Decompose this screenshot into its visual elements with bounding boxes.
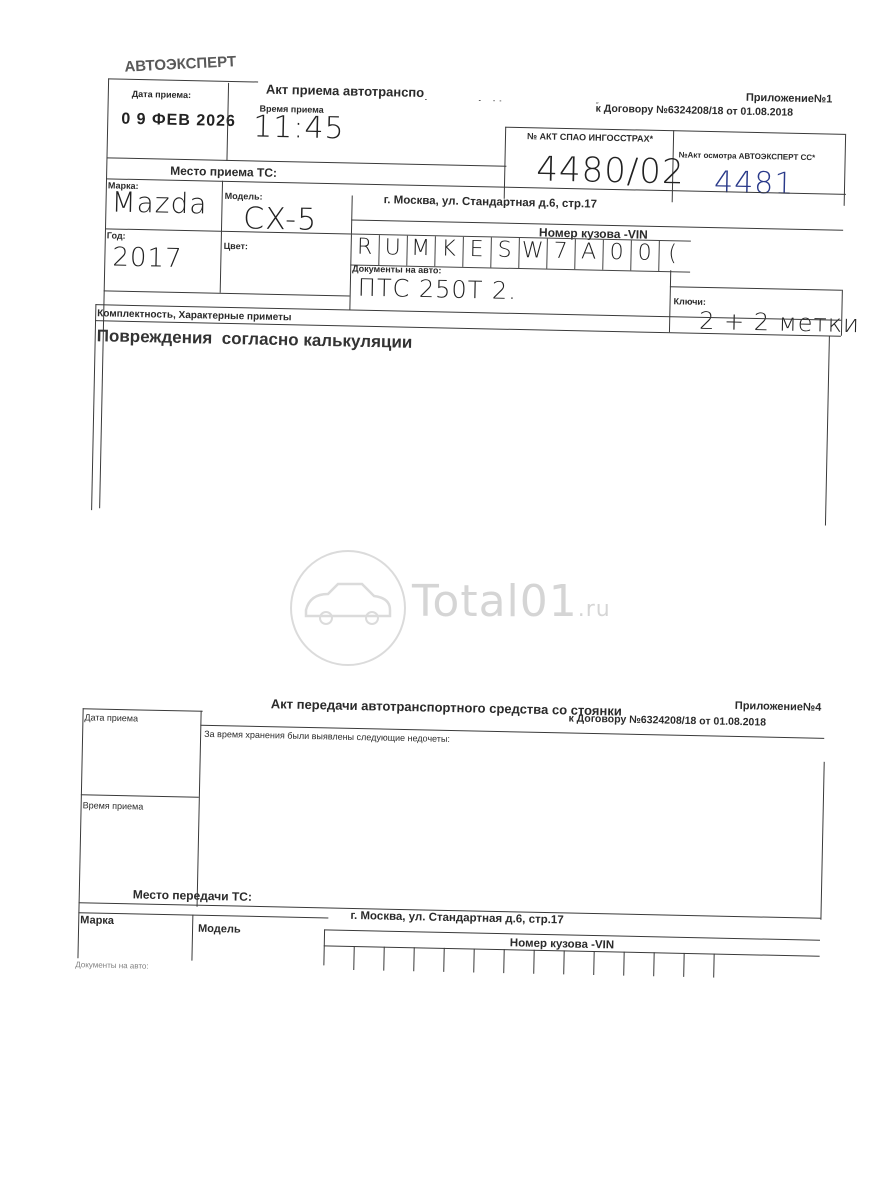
vin-char: ( [658,241,687,272]
watermark-brand: Total01.ru [412,576,611,627]
form1-appendix: Приложение№1 [746,92,833,106]
keys-label: Ключи: [673,296,706,307]
reception-act-form: АВТОЭКСПЕРТ Акт приема автотранспортного… [0,0,875,548]
handover-act-form: Акт передачи автотранспортного средства … [0,671,875,1009]
form2-vin-grid [323,945,819,979]
form2-date-label: Дата приема [84,712,138,723]
act-expert-value: 4481 [714,165,795,202]
vin-char: 0 [630,240,660,271]
address: г. Москва, ул. Стандартная д.6, стр.17 [384,194,598,210]
completeness-value: Повреждения согласно калькуляции [97,326,413,353]
year-label: Год: [107,230,126,240]
date-value: 0 9 ФЕВ 2026 [121,111,236,131]
form2-make-label: Марка [80,914,114,927]
docs-value: ПТС 250Т 2. [358,274,518,305]
form2-time-label: Время приема [83,800,144,811]
defects-label: За время хранения были выявлены следующи… [204,729,450,744]
vin-char: W [518,238,548,269]
color-label: Цвет: [224,241,248,252]
vin-char: E [462,237,492,268]
year-value: 2017 [112,243,183,274]
date-label: Дата приема: [132,89,191,100]
vin-char: S [490,237,520,268]
form2-docs-label: Документы на авто: [75,960,149,971]
act-expert-label: №Акт осмотра АВТОЭКСПЕРТ СС* [679,150,816,162]
time-value: 11:45 [253,109,345,146]
act-ingos-label: № АКТ СПАО ИНГОССТРАХ* [527,131,653,144]
autoexpert-stamp: АВТОЭКСПЕРТ [124,53,236,75]
vin-char: R [350,234,380,265]
act-ingos-value: 4480/02 [536,149,685,192]
form2-place-label: Место передачи ТС: [133,887,252,903]
car-logo-icon [288,548,408,668]
form2-model-label: Модель [198,923,241,936]
vin-char: M [406,236,436,267]
form2-appendix: Приложение№4 [735,700,822,714]
watermark: Total01.ru [288,548,618,668]
vin-char: A [574,239,604,270]
vin-char: K [434,236,464,267]
form2-contract: к Договору №6324208/18 от 01.08.2018 [568,712,766,728]
vin-char: U [378,235,408,266]
model-label: Модель: [225,191,263,202]
place-label: Место приема ТС: [170,164,277,180]
vin-char: 7 [546,239,576,270]
form1-contract: к Договору №6324208/18 от 01.08.2018 [595,103,793,119]
vin-char: 0 [602,240,632,271]
make-value: Mazda [111,185,208,220]
